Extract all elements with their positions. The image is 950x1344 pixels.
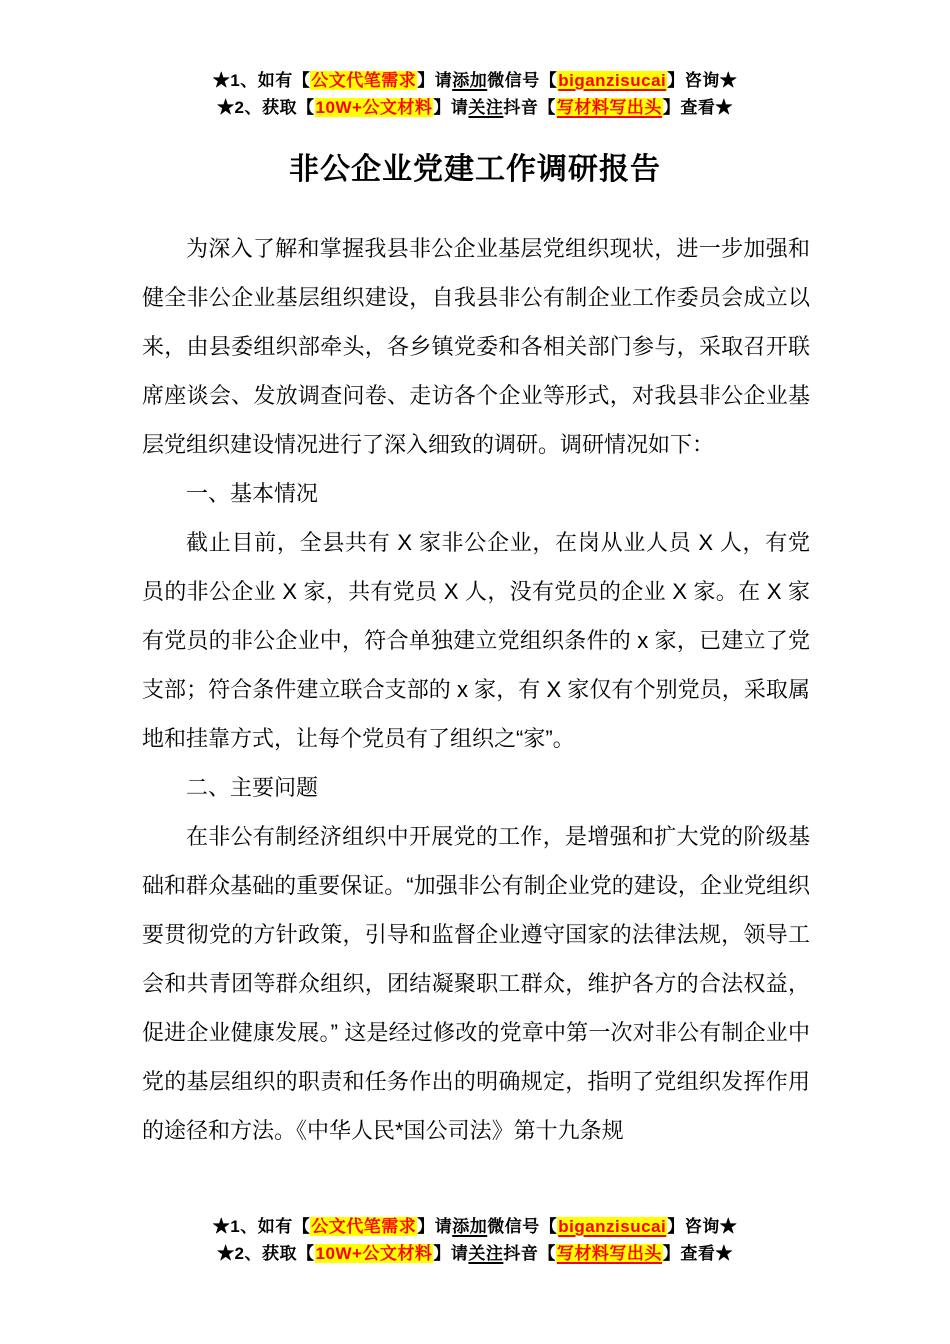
wechat-id: biganzisucai bbox=[557, 1217, 667, 1236]
footer-ad-line-2: ★2、获取【10W+公文材料】请关注抖音【写材料写出头】查看★ bbox=[0, 1240, 950, 1267]
banner-text: 】请 bbox=[433, 1244, 468, 1263]
document-title: 非公企业党建工作调研报告 bbox=[0, 151, 950, 189]
banner-underline-text: 关注 bbox=[468, 1244, 503, 1263]
douyin-id: 写材料写出头 bbox=[556, 1244, 663, 1263]
footer-ad-line-1: ★1、如有【公文代笔需求】请添加微信号【biganzisucai】咨询★ bbox=[0, 1213, 950, 1240]
banner-underline-text: 添加 bbox=[452, 1217, 487, 1236]
banner-text: ★2、获取【 bbox=[217, 1244, 314, 1263]
banner-text: 】请 bbox=[417, 71, 452, 90]
header-ad-line-2: ★2、获取【10W+公文材料】请关注抖音【写材料写出头】查看★ bbox=[0, 94, 950, 121]
banner-text: 】查看★ bbox=[663, 98, 733, 117]
banner-highlight-text: 公文代笔需求 bbox=[310, 71, 417, 90]
banner-underline-text: 添加 bbox=[452, 71, 487, 90]
banner-text: 】查看★ bbox=[663, 1244, 733, 1263]
banner-text: ★1、如有【 bbox=[213, 71, 310, 90]
douyin-id: 写材料写出头 bbox=[556, 98, 663, 117]
wechat-id: biganzisucai bbox=[557, 71, 667, 90]
banner-text: 微信号【 bbox=[487, 71, 557, 90]
paragraph-main-problems: 在非公有制经济组织中开展党的工作，是增强和扩大党的阶级基础和群众基础的重要保证。… bbox=[142, 812, 810, 1155]
section-heading-2: 二、主要问题 bbox=[142, 763, 810, 812]
paragraph-intro: 为深入了解和掌握我县非公企业基层党组织现状，进一步加强和健全非公企业基层组织建设… bbox=[142, 224, 810, 469]
footer-ad-banner: ★1、如有【公文代笔需求】请添加微信号【biganzisucai】咨询★ ★2、… bbox=[0, 1213, 950, 1267]
header-ad-banner: ★1、如有【公文代笔需求】请添加微信号【biganzisucai】咨询★ ★2、… bbox=[0, 67, 950, 121]
section-heading-1: 一、基本情况 bbox=[142, 469, 810, 518]
paragraph-basic-situation: 截止目前，全县共有 X 家非公企业，在岗从业人员 X 人，有党员的非公企业 X … bbox=[142, 518, 810, 763]
banner-text: ★2、获取【 bbox=[217, 98, 314, 117]
banner-text: 抖音【 bbox=[503, 1244, 556, 1263]
banner-text: ★1、如有【 bbox=[213, 1217, 310, 1236]
banner-text: 】咨询★ bbox=[667, 71, 737, 90]
banner-highlight-text: 10W+公文材料 bbox=[315, 98, 434, 117]
banner-text: 微信号【 bbox=[487, 1217, 557, 1236]
banner-text: 抖音【 bbox=[503, 98, 556, 117]
document-body: 为深入了解和掌握我县非公企业基层党组织现状，进一步加强和健全非公企业基层组织建设… bbox=[142, 224, 810, 1155]
banner-text: 】请 bbox=[417, 1217, 452, 1236]
banner-underline-text: 关注 bbox=[468, 98, 503, 117]
document-page: ★1、如有【公文代笔需求】请添加微信号【biganzisucai】咨询★ ★2、… bbox=[0, 0, 950, 1344]
banner-text: 】请 bbox=[433, 98, 468, 117]
banner-text: 】咨询★ bbox=[667, 1217, 737, 1236]
header-ad-line-1: ★1、如有【公文代笔需求】请添加微信号【biganzisucai】咨询★ bbox=[0, 67, 950, 94]
banner-highlight-text: 公文代笔需求 bbox=[310, 1217, 417, 1236]
banner-highlight-text: 10W+公文材料 bbox=[315, 1244, 434, 1263]
